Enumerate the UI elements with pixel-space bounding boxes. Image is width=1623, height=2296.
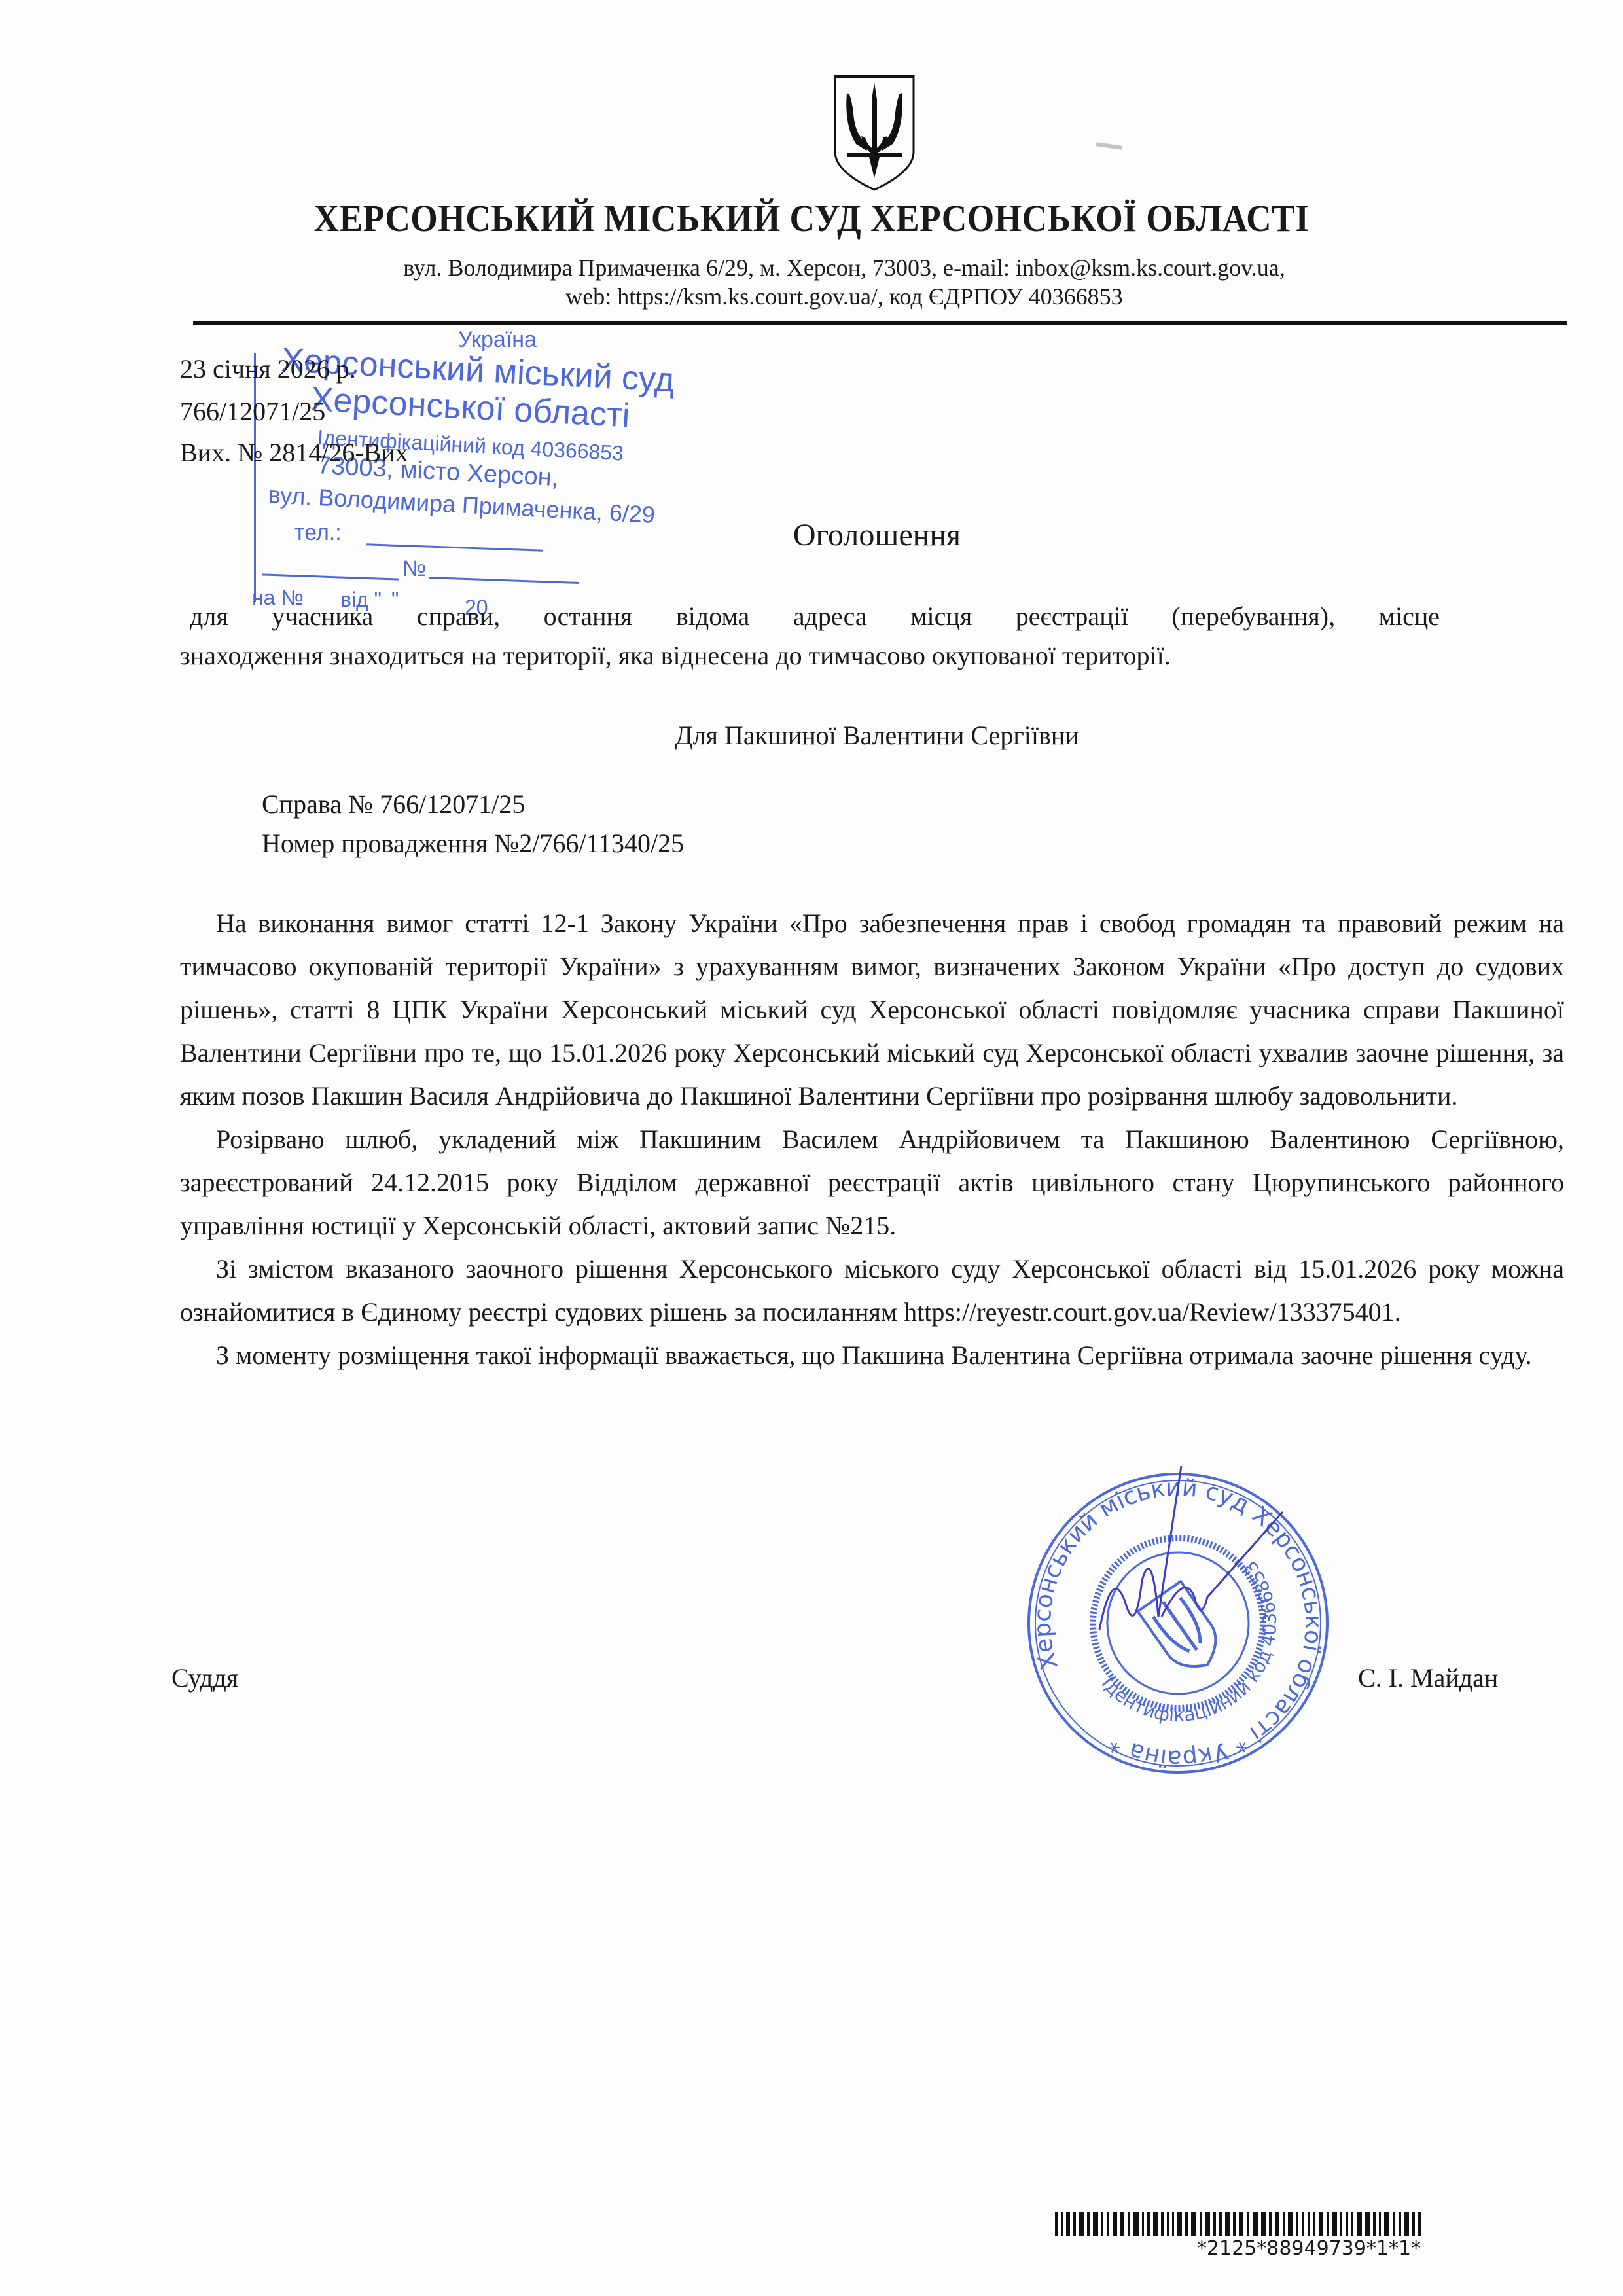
proceeding-number: Номер провадження №2/766/11340/25 <box>262 828 684 859</box>
stamp-no-label: № <box>402 556 426 582</box>
header-divider <box>193 321 1567 325</box>
document-barcode <box>1055 2212 1565 2236</box>
court-name: ХЕРСОНСЬКИЙ МІСЬКИЙ СУД ХЕРСОНСЬКОЇ ОБЛА… <box>65 196 1558 240</box>
body-paragraph: З моменту розміщення такої інформації вв… <box>180 1334 1564 1377</box>
judge-name: С. І. Майдан <box>1358 1662 1498 1693</box>
court-seal-icon: Херсонський міський суд Херсонської обла… <box>1021 1466 1335 1780</box>
court-web-code: web: https://ksm.ks.court.gov.ua/, код Є… <box>0 283 1623 310</box>
body-paragraph: Розірвано шлюб, укладений між Пакшиним В… <box>180 1118 1564 1247</box>
document-body: На виконання вимог статті 12-1 Закону Ук… <box>180 902 1564 1377</box>
intro-line: для учасника справи, остання відома адре… <box>180 601 1440 632</box>
scan-artifact <box>1096 142 1122 150</box>
document-date: 23 січня 2026 р. <box>180 353 356 384</box>
barcode-number: *2125*88949739*1*1* <box>1054 2237 1564 2260</box>
case-number: Справа № 766/12071/25 <box>262 789 525 819</box>
coat-of-arms-icon <box>832 73 916 191</box>
case-reference: 766/12071/25 <box>180 396 325 427</box>
stamp-border <box>254 353 256 602</box>
judge-role: Суддя <box>171 1662 238 1693</box>
stamp-line: Україна <box>458 327 537 353</box>
stamp-field-line <box>429 577 579 584</box>
body-paragraph: На виконання вимог статті 12-1 Закону Ук… <box>180 902 1564 1118</box>
addressee: Для Пакшиної Валентини Сергіївни <box>0 720 1623 751</box>
stamp-field-line <box>262 573 399 580</box>
court-address: вул. Володимира Примаченка 6/29, м. Херс… <box>0 254 1623 281</box>
document-heading: Оголошення <box>0 517 1623 553</box>
body-paragraph: Зі змістом вказаного заочного рішення Хе… <box>180 1247 1564 1334</box>
intro-line: знаходження знаходиться на території, як… <box>180 640 1440 671</box>
outgoing-number: Вих. № 2814/26-Вих <box>180 437 408 468</box>
